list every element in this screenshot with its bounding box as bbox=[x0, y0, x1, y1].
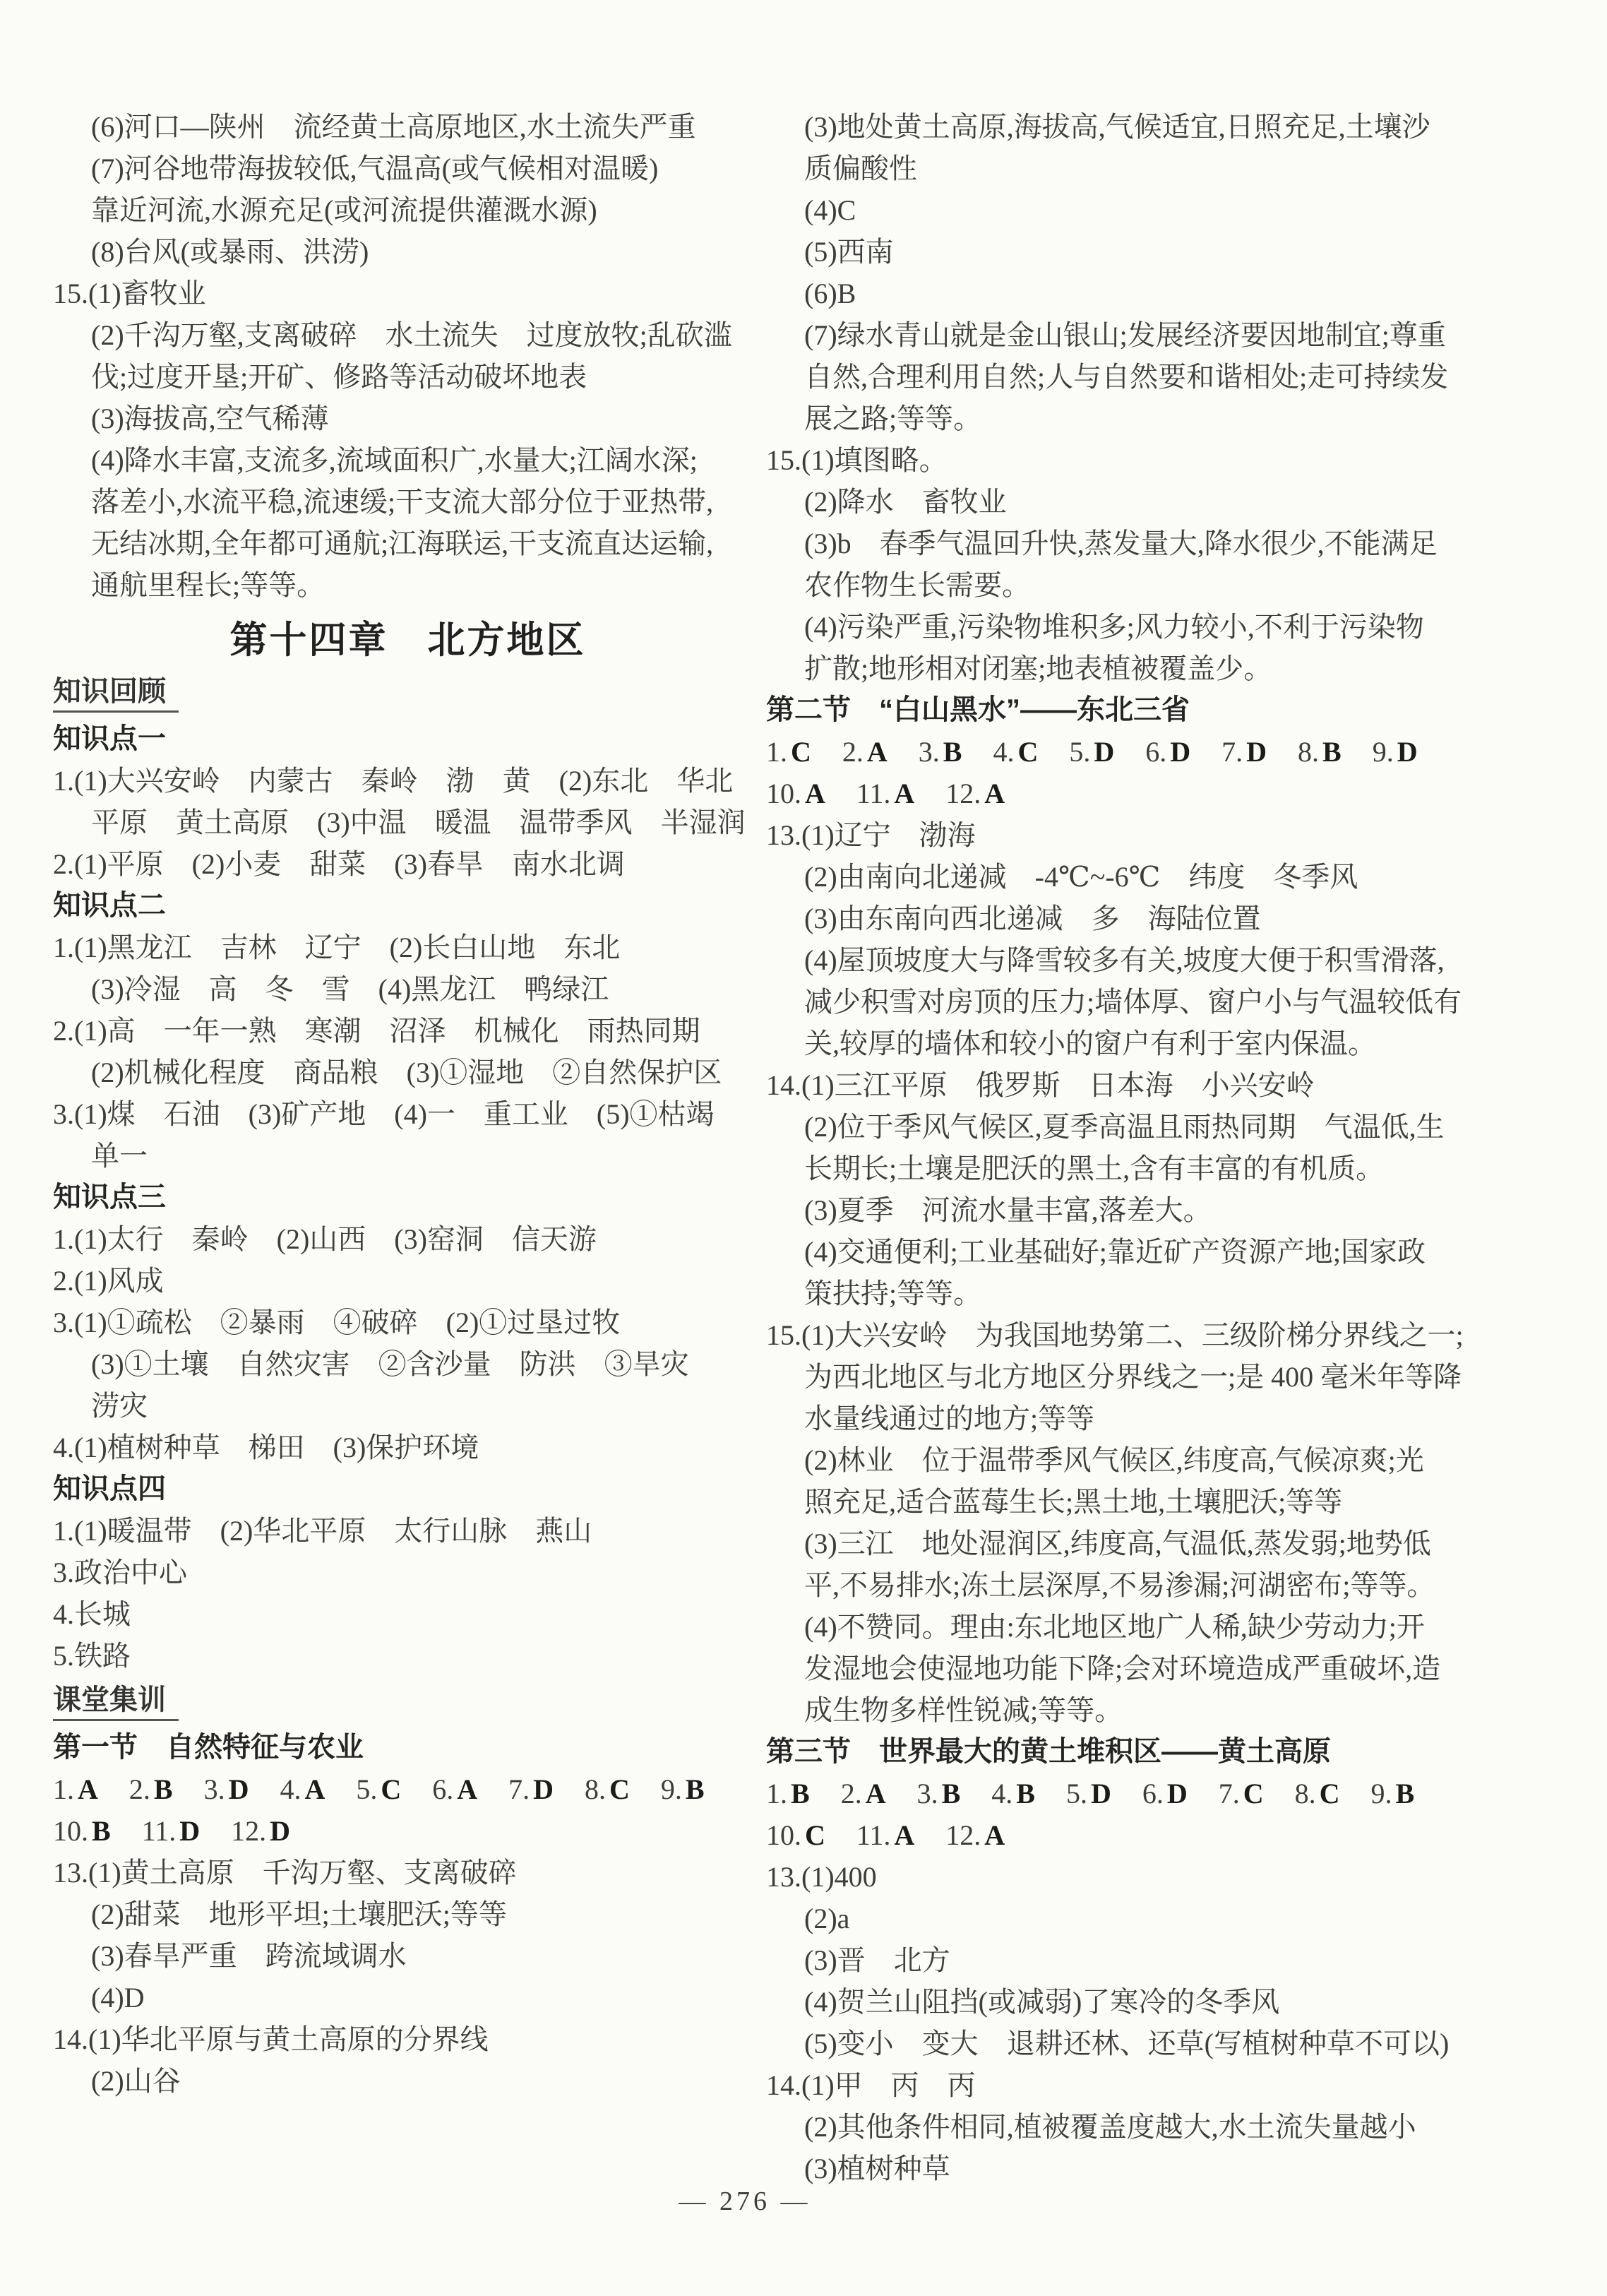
answer-subline: (3)春旱严重 跨流域调水 bbox=[53, 1935, 763, 1977]
answer-choice: 4.C bbox=[993, 736, 1038, 768]
answer-subline: (4)屋顶坡度大与降雪较多有关,坡度大便于积雪滑落, bbox=[766, 939, 1578, 981]
section-heading: 第三节 世界最大的黄土堆积区——黄土高原 bbox=[766, 1731, 1578, 1773]
answer-line: 14.(1)华北平原与黄土高原的分界线 bbox=[53, 2018, 763, 2060]
answer-choice: 5.C bbox=[356, 1773, 401, 1805]
answer-subline: (4)C bbox=[766, 189, 1578, 231]
answer-subline: (2)a bbox=[766, 1898, 1578, 1939]
answer-choice: 3.B bbox=[919, 736, 962, 768]
answer-continuation-line: 质偏酸性 bbox=[766, 148, 1578, 189]
answer-line: 1.(1)大兴安岭 内蒙古 秦岭 渤 黄 (2)东北 华北 bbox=[53, 760, 763, 802]
block-header: 知识回顾 bbox=[53, 672, 179, 713]
block-header: 课堂集训 bbox=[53, 1681, 179, 1721]
answer-subline: (2)山谷 bbox=[53, 2060, 763, 2102]
answer-continuation-line: 扩散;地形相对闭塞;地表植被覆盖少。 bbox=[766, 648, 1578, 689]
answer-continuation-line: 照充足,适合蓝莓生长;黑土地,土壤肥沃;等等 bbox=[766, 1481, 1578, 1523]
answer-choice: 12.A bbox=[945, 778, 1005, 809]
answer-line: 2.(1)平原 (2)小麦 甜菜 (3)春旱 南水北调 bbox=[53, 843, 763, 885]
choice-answers-line: 10.A11.A12.A bbox=[766, 773, 1578, 814]
answer-choice: 4.A bbox=[280, 1773, 325, 1805]
answer-choice: 5.D bbox=[1066, 1778, 1111, 1809]
answer-continuation-line: 发湿地会使湿地功能下降;会对环境造成严重破坏,造 bbox=[766, 1648, 1578, 1689]
answer-subline: (3)由东南向西北递减 多 海陆位置 bbox=[766, 898, 1578, 939]
answer-line: 15.(1)大兴安岭 为我国地势第二、三级阶梯分界线之一; bbox=[766, 1314, 1578, 1356]
answer-subline: (4)贺兰山阻挡(或减弱)了寒冷的冬季风 bbox=[766, 1981, 1578, 2023]
answer-continuation-line: 落差小,水流平稳,流速缓;干支流大部分位于亚热带, bbox=[53, 481, 763, 523]
choice-answers-line: 1.C2.A3.B4.C5.D6.D7.D8.B9.D bbox=[766, 731, 1578, 773]
section-heading: 第一节 自然特征与农业 bbox=[53, 1727, 763, 1768]
answer-line: 3.(1)煤 石油 (3)矿产地 (4)一 重工业 (5)①枯竭 bbox=[53, 1093, 763, 1135]
answer-continuation-line: 涝灾 bbox=[53, 1385, 763, 1427]
answer-line: 1.(1)太行 秦岭 (2)山西 (3)窑洞 信天游 bbox=[53, 1218, 763, 1260]
answer-choice: 1.B bbox=[766, 1778, 810, 1809]
answer-choice: 12.D bbox=[231, 1815, 290, 1847]
knowledge-point-heading: 知识点一 bbox=[53, 718, 763, 760]
answer-choice: 7.D bbox=[508, 1773, 554, 1805]
answer-choice: 2.A bbox=[841, 1778, 886, 1809]
answer-subline: (4)降水丰富,支流多,流域面积广,水量大;江阔水深; bbox=[53, 439, 763, 481]
answer-subline: (4)污染严重,污染物堆积多;风力较小,不利于污染物 bbox=[766, 606, 1578, 648]
answer-continuation-line: 自然,合理利用自然;人与自然要和谐相处;走可持续发 bbox=[766, 356, 1578, 398]
answer-subline: (7)绿水青山就是金山银山;发展经济要因地制宜;尊重 bbox=[766, 314, 1578, 356]
answer-subline: (2)位于季风气候区,夏季高温且雨热同期 气温低,生 bbox=[766, 1106, 1578, 1148]
choice-answers-line: 1.B2.A3.B4.B5.D6.D7.C8.C9.B bbox=[766, 1773, 1578, 1814]
answer-choice: 6.D bbox=[1145, 736, 1190, 768]
answer-subline: (2)千沟万壑,支离破碎 水土流失 过度放牧;乱砍滥 bbox=[53, 314, 763, 356]
left-column: (6)河口—陕州 流经黄土高原地区,水土流失严重(7)河谷地带海拔较低,气温高(… bbox=[53, 106, 763, 2102]
answer-subline: (2)林业 位于温带季风气候区,纬度高,气候凉爽;光 bbox=[766, 1439, 1578, 1481]
answer-choice: 8.C bbox=[1295, 1778, 1340, 1809]
answer-subline: (6)河口—陕州 流经黄土高原地区,水土流失严重 bbox=[53, 106, 763, 148]
answer-choice: 3.B bbox=[917, 1778, 961, 1809]
answer-choice: 1.A bbox=[53, 1773, 98, 1805]
answer-subline: (3)海拔高,空气稀薄 bbox=[53, 398, 763, 439]
knowledge-point-heading: 知识点三 bbox=[53, 1177, 763, 1218]
choice-answers-line: 1.A2.B3.D4.A5.C6.A7.D8.C9.B bbox=[53, 1768, 763, 1810]
answer-choice: 11.A bbox=[856, 1819, 914, 1851]
answer-choice: 11.A bbox=[856, 778, 914, 809]
answer-choice: 2.B bbox=[129, 1773, 173, 1805]
answer-subline: (4)交通便利;工业基础好;靠近矿产资源产地;国家政 bbox=[766, 1231, 1578, 1273]
answer-subline: (3)晋 北方 bbox=[766, 1939, 1578, 1981]
answer-choice: 6.D bbox=[1142, 1778, 1188, 1809]
answer-continuation-line: 平,不易排水;冻土层深厚,不易渗漏;河湖密布;等等。 bbox=[766, 1564, 1578, 1606]
answer-line: 13.(1)黄土高原 千沟万壑、支离破碎 bbox=[53, 1852, 763, 1893]
answer-subline: (2)由南向北递减 -4℃~-6℃ 纬度 冬季风 bbox=[766, 856, 1578, 898]
answer-choice: 2.A bbox=[842, 736, 888, 768]
answer-continuation-line: 减少积雪对房顶的压力;墙体厚、窗户小与气温较低有 bbox=[766, 981, 1578, 1023]
choice-answers-line: 10.B11.D12.D bbox=[53, 1810, 763, 1852]
answer-line: 3.(1)①疏松 ②暴雨 ④破碎 (2)①过垦过牧 bbox=[53, 1302, 763, 1343]
answer-continuation-line: 展之路;等等。 bbox=[766, 398, 1578, 439]
answer-subline: (3)冷湿 高 冬 雪 (4)黑龙江 鸭绿江 bbox=[53, 968, 763, 1010]
answer-continuation-line: 平原 黄土高原 (3)中温 暖温 温带季风 半湿润 bbox=[53, 802, 763, 843]
answer-continuation-line: 农作物生长需要。 bbox=[766, 564, 1578, 606]
answer-line: 5.铁路 bbox=[53, 1635, 763, 1677]
answer-subline: (6)B bbox=[766, 273, 1578, 314]
answer-subline: (5)变小 变大 退耕还林、还草(写植树种草不可以) bbox=[766, 2023, 1578, 2064]
section-heading: 第二节 “白山黑水”——东北三省 bbox=[766, 689, 1578, 731]
answer-continuation-line: 水量线通过的地方;等等 bbox=[766, 1398, 1578, 1439]
answer-continuation-line: 靠近河流,水源充足(或河流提供灌溉水源) bbox=[53, 189, 763, 231]
answer-choice: 6.A bbox=[432, 1773, 477, 1805]
answer-subline: (2)机械化程度 商品粮 (3)①湿地 ②自然保护区 bbox=[53, 1052, 763, 1093]
answer-continuation-line: 为西北地区与北方地区分界线之一;是 400 毫米年等降 bbox=[766, 1356, 1578, 1398]
answer-subline: (3)夏季 河流水量丰富,落差大。 bbox=[766, 1189, 1578, 1231]
answer-choice: 4.B bbox=[991, 1778, 1035, 1809]
answer-subline: (2)甜菜 地形平坦;土壤肥沃;等等 bbox=[53, 1893, 763, 1935]
answer-subline: (4)不赞同。理由:东北地区地广人稀,缺少劳动力;开 bbox=[766, 1606, 1578, 1648]
answer-continuation-line: 无结冰期,全年都可通航;江海联运,干支流直达运输, bbox=[53, 523, 763, 564]
answer-choice: 5.D bbox=[1069, 736, 1114, 768]
answer-choice: 9.D bbox=[1373, 736, 1418, 768]
answer-subline: (3)地处黄土高原,海拔高,气候适宜,日照充足,土壤沙 bbox=[766, 106, 1578, 148]
knowledge-point-heading: 知识点四 bbox=[53, 1468, 763, 1510]
answer-line: 2.(1)风成 bbox=[53, 1260, 763, 1302]
answer-subline: (3)三江 地处湿润区,纬度高,气温低,蒸发弱;地势低 bbox=[766, 1523, 1578, 1564]
answer-choice: 10.C bbox=[766, 1819, 825, 1851]
answer-subline: (2)其他条件相同,植被覆盖度越大,水土流失量越小 bbox=[766, 2106, 1578, 2148]
answer-continuation-line: 关,较厚的墙体和较小的窗户有利于室内保温。 bbox=[766, 1023, 1578, 1064]
answer-subline: (4)D bbox=[53, 1977, 763, 2018]
answer-choice: 9.B bbox=[1371, 1778, 1415, 1809]
answer-subline: (3)b 春季气温回升快,蒸发量大,降水很少,不能满足 bbox=[766, 523, 1578, 564]
answer-line: 3.政治中心 bbox=[53, 1552, 763, 1593]
answer-continuation-line: 长期长;土壤是肥沃的黑土,含有丰富的有机质。 bbox=[766, 1148, 1578, 1189]
answer-continuation-line: 单一 bbox=[53, 1135, 763, 1177]
chapter-title: 第十四章 北方地区 bbox=[53, 617, 763, 664]
answer-line: 4.长城 bbox=[53, 1593, 763, 1635]
answer-choice: 12.A bbox=[945, 1819, 1005, 1851]
answer-choice: 10.A bbox=[766, 778, 825, 809]
answer-line: 4.(1)植树种草 梯田 (3)保护环境 bbox=[53, 1427, 763, 1468]
answer-subline: (3)①土壤 自然灾害 ②含沙量 防洪 ③旱灾 bbox=[53, 1343, 763, 1385]
answer-choice: 10.B bbox=[53, 1815, 111, 1847]
knowledge-point-heading: 知识点二 bbox=[53, 885, 763, 927]
answer-line: 1.(1)暖温带 (2)华北平原 太行山脉 燕山 bbox=[53, 1510, 763, 1552]
answer-subline: (5)西南 bbox=[766, 231, 1578, 273]
right-column: (3)地处黄土高原,海拔高,气候适宜,日照充足,土壤沙质偏酸性(4)C(5)西南… bbox=[766, 106, 1578, 2189]
answer-line: 13.(1)辽宁 渤海 bbox=[766, 814, 1578, 856]
answer-line: 15.(1)填图略。 bbox=[766, 439, 1578, 481]
answer-line: 1.(1)黑龙江 吉林 辽宁 (2)长白山地 东北 bbox=[53, 927, 763, 968]
answer-line: 15.(1)畜牧业 bbox=[53, 273, 763, 314]
answer-choice: 8.B bbox=[1298, 736, 1342, 768]
choice-answers-line: 10.C11.A12.A bbox=[766, 1814, 1578, 1856]
answer-subline: (7)河谷地带海拔较低,气温高(或气候相对温暖) bbox=[53, 148, 763, 189]
answer-line: 13.(1)400 bbox=[766, 1856, 1578, 1898]
answer-continuation-line: 策扶持;等等。 bbox=[766, 1273, 1578, 1314]
answer-choice: 1.C bbox=[766, 736, 811, 768]
answer-book-page: (6)河口—陕州 流经黄土高原地区,水土流失严重(7)河谷地带海拔较低,气温高(… bbox=[0, 0, 1607, 2296]
answer-continuation-line: 伐;过度开垦;开矿、修路等活动破坏地表 bbox=[53, 356, 763, 398]
answer-continuation-line: 成生物多样性锐减;等等。 bbox=[766, 1689, 1578, 1731]
answer-choice: 9.B bbox=[661, 1773, 705, 1805]
answer-choice: 8.C bbox=[585, 1773, 630, 1805]
answer-continuation-line: 通航里程长;等等。 bbox=[53, 564, 763, 606]
page-number: — 276 — bbox=[0, 2184, 1490, 2219]
answer-line: 14.(1)甲 丙 丙 bbox=[766, 2064, 1578, 2106]
answer-choice: 7.C bbox=[1219, 1778, 1264, 1809]
answer-line: 14.(1)三江平原 俄罗斯 日本海 小兴安岭 bbox=[766, 1064, 1578, 1106]
answer-subline: (8)台风(或暴雨、洪涝) bbox=[53, 231, 763, 273]
answer-choice: 11.D bbox=[142, 1815, 200, 1847]
answer-line: 2.(1)高 一年一熟 寒潮 沼泽 机械化 雨热同期 bbox=[53, 1010, 763, 1052]
answer-choice: 3.D bbox=[204, 1773, 249, 1805]
answer-choice: 7.D bbox=[1221, 736, 1267, 768]
answer-subline: (2)降水 畜牧业 bbox=[766, 481, 1578, 523]
